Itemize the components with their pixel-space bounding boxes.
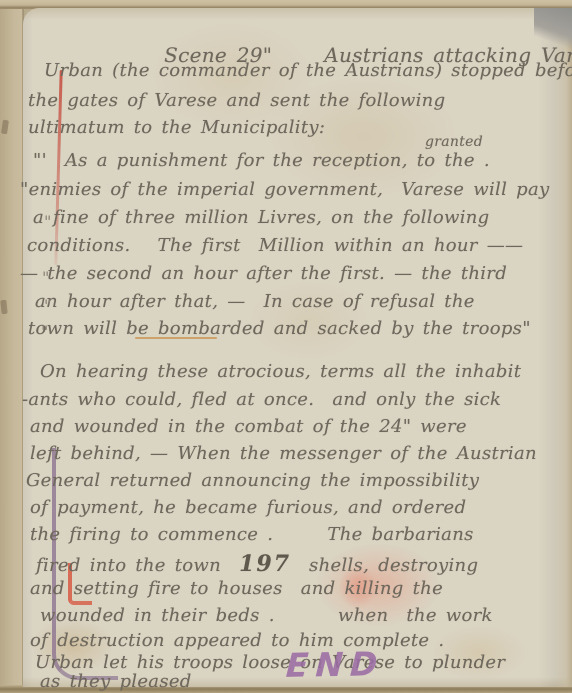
manuscript-line: a fine of three million Livres, on the f…: [33, 207, 489, 228]
manuscript-line: ultimatum to the Municipality:: [28, 117, 325, 138]
manuscript-line: an hour after that, — In case of refusal…: [35, 291, 475, 312]
shells-line-pre: fired into the town: [36, 555, 239, 576]
end-stamp: END: [285, 644, 386, 685]
margin-quote-mark: ": [44, 296, 51, 315]
manuscript-line: fired into the town 197 shells, destroyi…: [36, 551, 478, 577]
quote-line-post: to the .: [408, 150, 490, 171]
quote-line-pre: "' As a punishment for the reception,: [33, 150, 408, 171]
manuscript-line: — the second an hour after the first. — …: [20, 263, 507, 284]
manuscript-line: Urban let his troops loose on Varese to …: [35, 652, 505, 673]
manuscript-line: the gates of Varese and sent the followi…: [28, 90, 445, 111]
manuscript-line: "' As a punishment for the reception, to…: [33, 150, 490, 171]
shell-count: 197: [239, 551, 291, 577]
manuscript-line: conditions. The first Million within an …: [27, 235, 523, 256]
shells-line-post: shells, destroying: [291, 555, 478, 576]
margin-quote-mark: ": [42, 268, 49, 287]
manuscript-line: wounded in their beds . when the work: [40, 605, 493, 626]
margin-quote-mark: ": [44, 212, 51, 231]
manuscript-line: General returned announcing the impossib…: [26, 470, 479, 491]
manuscript-line: left behind, — When the messenger of the…: [30, 443, 537, 464]
edge-mark: [0, 300, 7, 315]
manuscript-line: Urban (the commander of the Austrians) s…: [44, 60, 572, 81]
manuscript-line: and wounded in the combat of the 24" wer…: [30, 416, 467, 437]
margin-quote-mark: ": [41, 322, 48, 341]
manuscript-line: and setting fire to houses and killing t…: [30, 578, 443, 599]
manuscript-page-scan: Scene 29"Austrians attacking Varese Urba…: [0, 0, 572, 693]
manuscript-line: -ants who could, fled at once. and only …: [22, 389, 501, 410]
manuscript-line: of payment, he became furious, and order…: [30, 497, 466, 518]
manuscript-line: On hearing these atrocious, terms all th…: [40, 361, 521, 382]
manuscript-line: "enimies of the imperial government, Var…: [20, 179, 549, 200]
manuscript-line: the firing to commence . The barbarians: [30, 524, 474, 545]
inserted-word: granted: [425, 134, 483, 150]
edge-mark: [1, 120, 9, 135]
manuscript-line: town will be bombarded and sacked by the…: [28, 318, 531, 339]
manuscript-line: as they pleased: [40, 671, 192, 692]
